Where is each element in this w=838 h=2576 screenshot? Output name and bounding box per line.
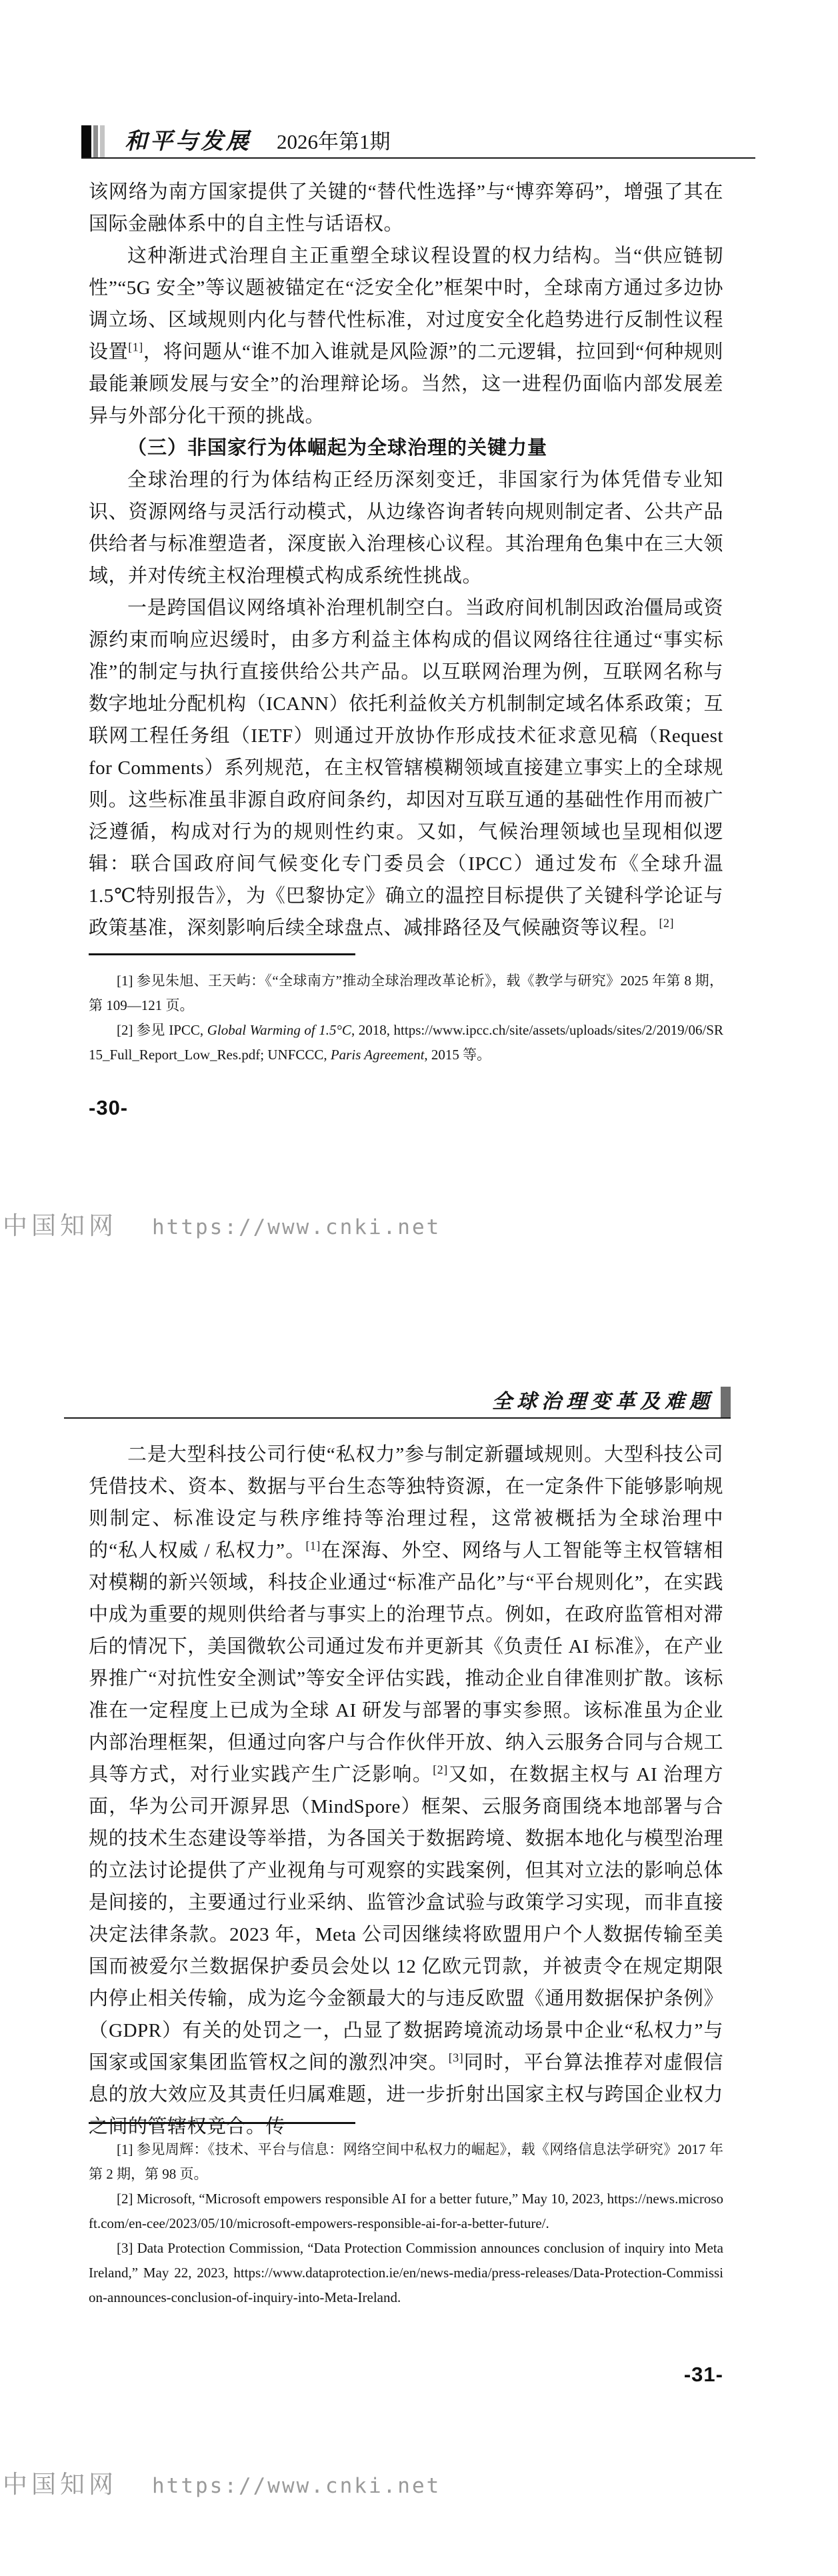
page2-footnote-list: [1] 参见周辉：《技术、平台与信息：网络空间中私权力的崛起》，载《网络信息法学… xyxy=(89,2137,723,2310)
footnote-ref: [2] xyxy=(659,916,674,929)
footnote-ref: [2] xyxy=(433,1763,447,1776)
section-heading: （三）非国家行为体崛起为全球治理的关键力量 xyxy=(89,432,723,464)
journal-title: 和平与发展 xyxy=(125,127,251,157)
ornament-block-right xyxy=(721,1387,731,1417)
page1-footnote-list: [1] 参见朱旭、王天屿：《“全球南方”推动全球治理改革论析》，载《教学与研究》… xyxy=(89,969,723,1067)
paragraph: [1] 参见周辉：《技术、平台与信息：网络空间中私权力的崛起》，载《网络信息法学… xyxy=(89,2137,723,2187)
page2-article-header: 全球治理变革及难题 xyxy=(64,1384,731,1419)
cnki-watermark: 中国知网 https://www.cnki.net xyxy=(3,1205,441,1241)
journal-issue: 2026年第1期 xyxy=(277,127,391,157)
cnki-brand-text: 中国知网 xyxy=(3,1205,117,1241)
header-ornament-blocks xyxy=(81,125,105,157)
paragraph: [3] Data Protection Commission, “Data Pr… xyxy=(89,2236,723,2310)
ornament-block-gray xyxy=(93,125,98,157)
cnki-watermark: 中国知网 https://www.cnki.net xyxy=(3,2464,441,2500)
page1-journal-header: 和平与发展 2026年第1期 xyxy=(81,124,755,159)
page2-footnotes: [1] 参见周辉：《技术、平台与信息：网络空间中私权力的崛起》，载《网络信息法学… xyxy=(89,2122,723,2310)
paragraph: [2] Microsoft, “Microsoft empowers respo… xyxy=(89,2187,723,2236)
footnote-separator xyxy=(89,2122,355,2124)
paragraph: [1] 参见朱旭、王天屿：《“全球南方”推动全球治理改革论析》，载《教学与研究》… xyxy=(89,969,723,1018)
paragraph: [2] 参见 IPCC, Global Warming of 1.5°C, 20… xyxy=(89,1018,723,1067)
footnote-separator xyxy=(89,953,355,955)
page1-footnotes: [1] 参见朱旭、王天屿：《“全球南方”推动全球治理改革论析》，载《教学与研究》… xyxy=(89,953,723,1067)
page2-number: -31- xyxy=(89,2363,723,2387)
footnote-ref: [3] xyxy=(449,2051,463,2064)
ornament-block-black xyxy=(81,125,91,157)
page1-number: -30- xyxy=(89,1096,128,1120)
ornament-block-light xyxy=(100,125,105,157)
page1-article-body: 该网络为南方国家提供了关键的“替代性选择”与“博弈筹码”，增强了其在国际金融体系… xyxy=(89,176,723,944)
footnote-ref: [1] xyxy=(305,1539,320,1552)
running-title: 全球治理变革及难题 xyxy=(492,1387,714,1417)
paragraph: 该网络为南方国家提供了关键的“替代性选择”与“博弈筹码”，增强了其在国际金融体系… xyxy=(89,176,723,240)
page2-article-body: 二是大型科技公司行使“私权力”参与制定新疆域规则。大型科技公司凭借技术、资本、数… xyxy=(89,1439,723,2143)
paragraph: 这种渐进式治理自主正重塑全球议程设置的权力结构。当“供应链韧性”“5G 安全”等… xyxy=(89,240,723,432)
cnki-url-text: https://www.cnki.net xyxy=(152,1215,441,1239)
cnki-url-text: https://www.cnki.net xyxy=(152,2474,441,2498)
paragraph: 一是跨国倡议网络填补治理机制空白。当政府间机制因政治僵局或资源约束而响应迟缓时，… xyxy=(89,592,723,944)
cnki-brand-text: 中国知网 xyxy=(3,2464,117,2500)
footnote-ref: [1] xyxy=(128,340,143,353)
paragraph: 全球治理的行为体结构正经历深刻变迁，非国家行为体凭借专业知识、资源网络与灵活行动… xyxy=(89,464,723,592)
paragraph: 二是大型科技公司行使“私权力”参与制定新疆域规则。大型科技公司凭借技术、资本、数… xyxy=(89,1439,723,2143)
